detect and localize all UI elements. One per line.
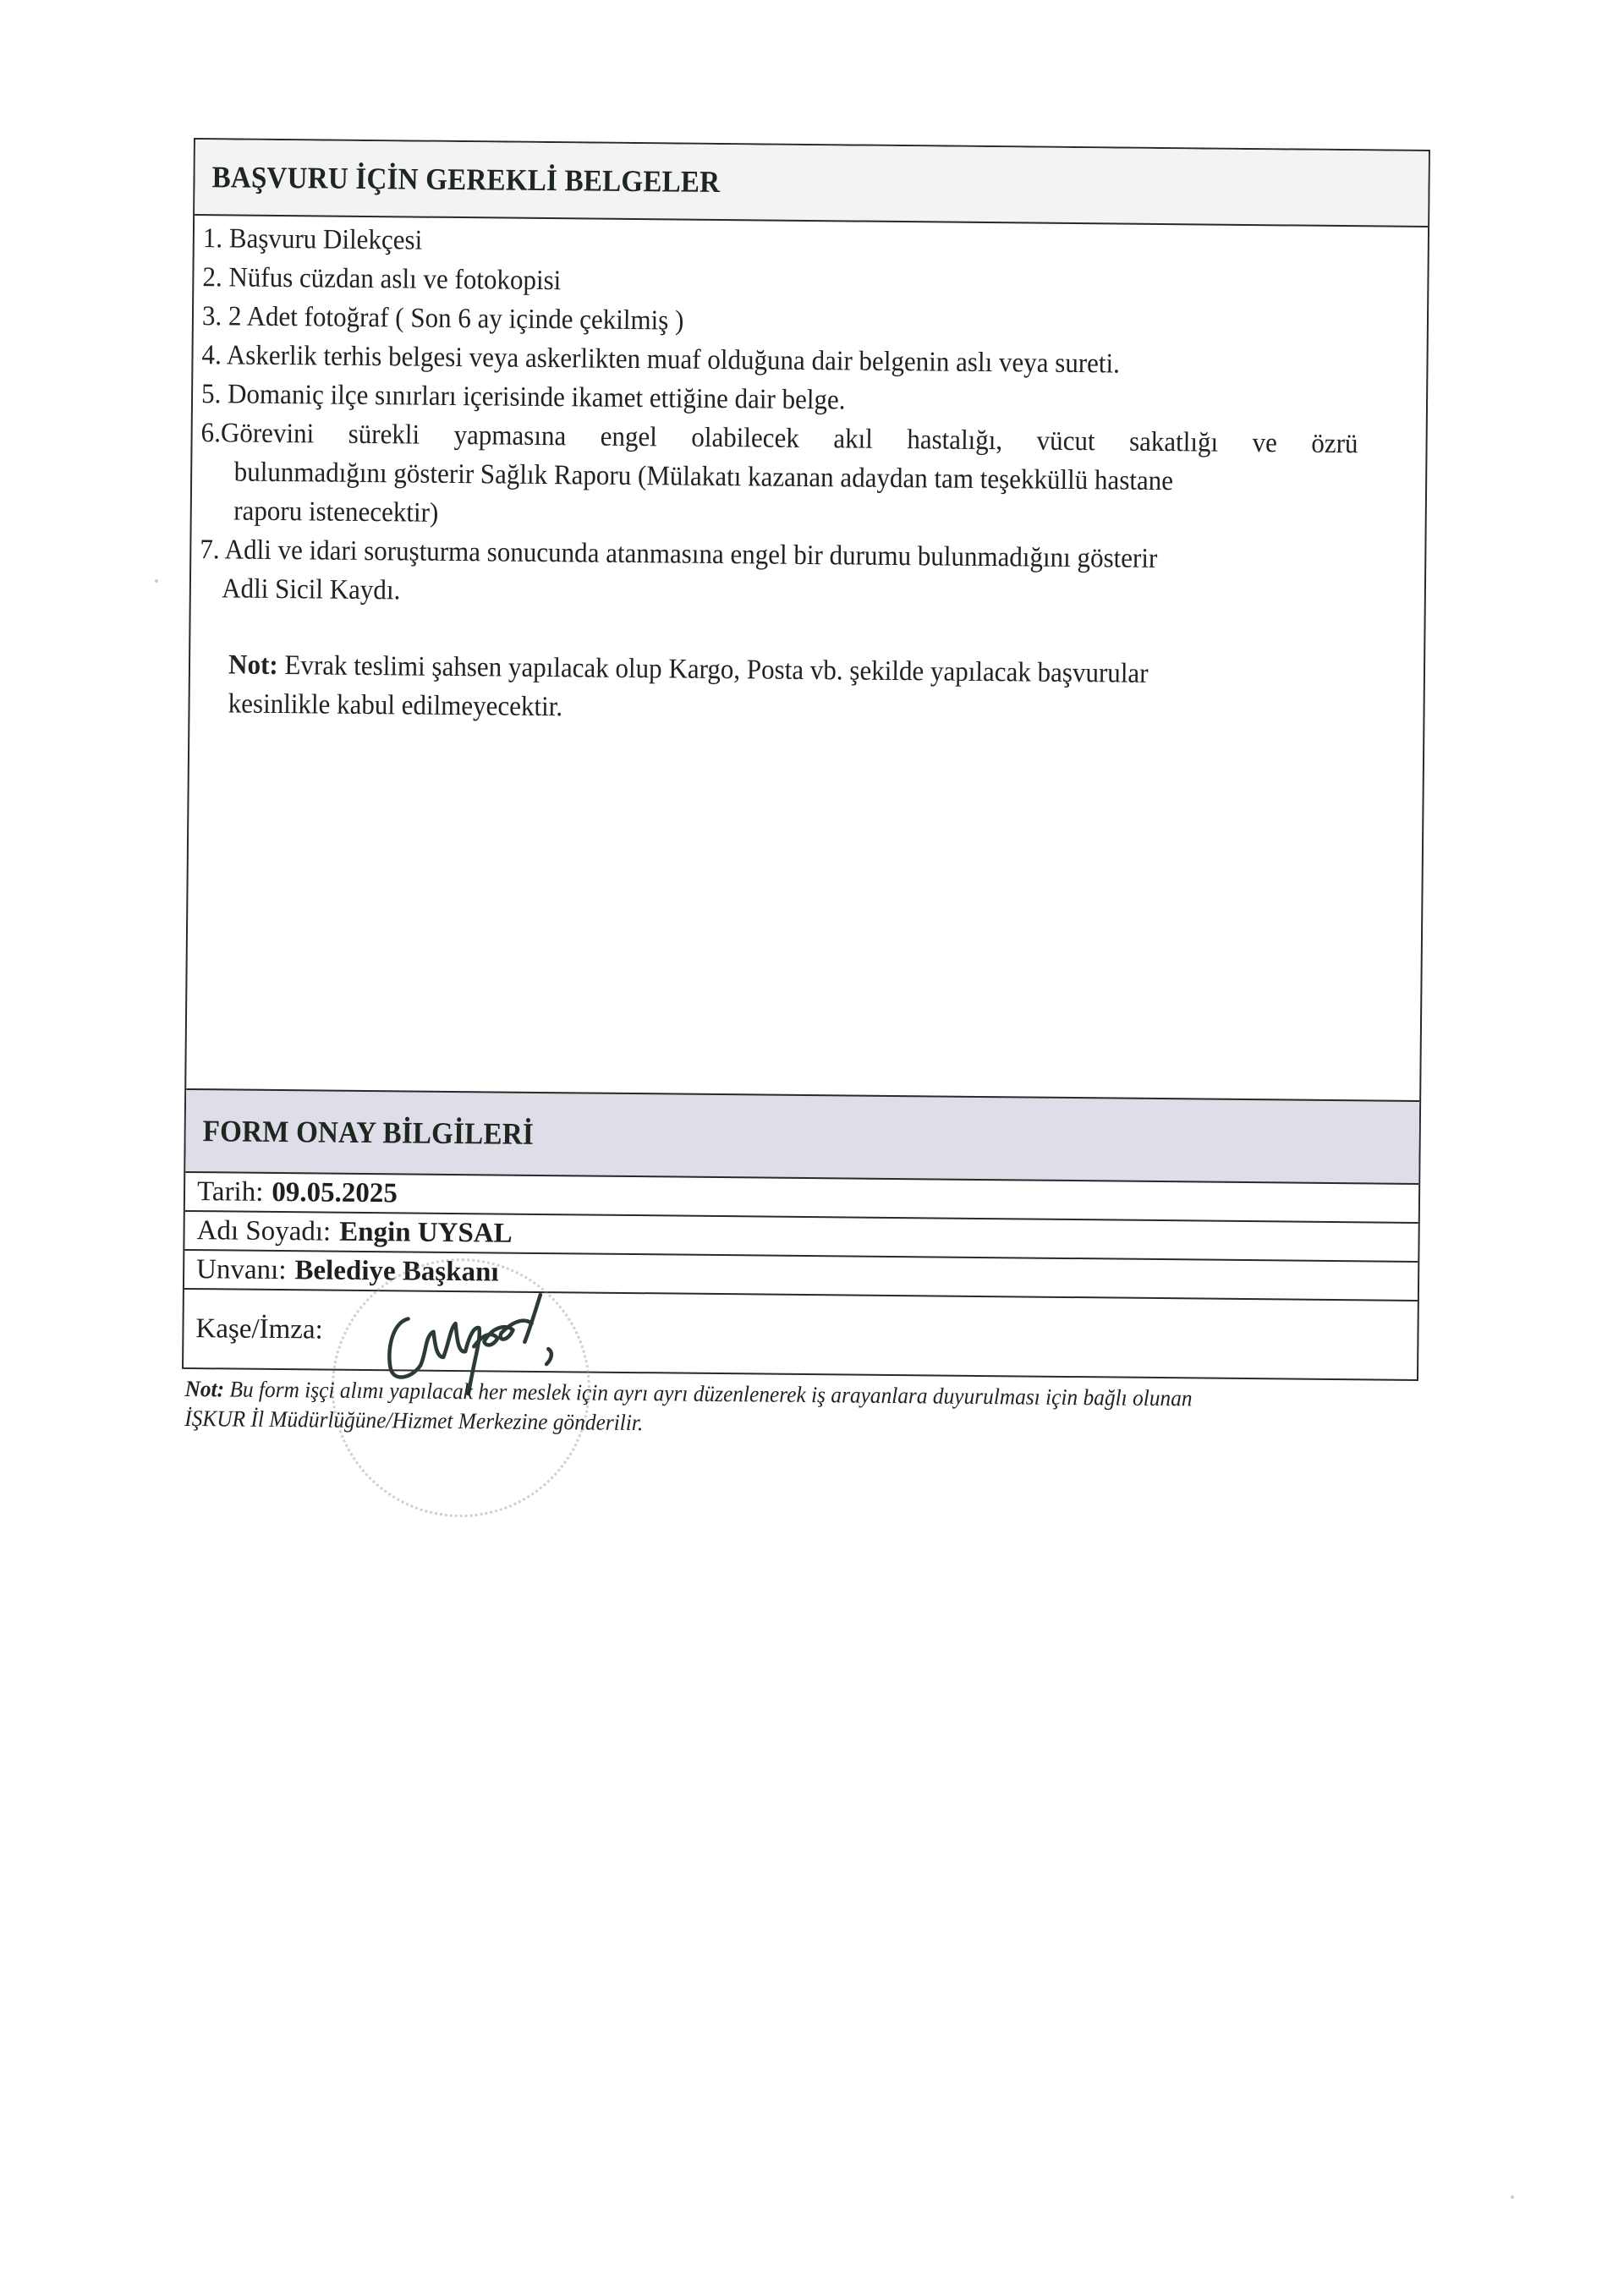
item-text: Görevini sürekli yapmasına engel olabile…: [221, 418, 1358, 459]
title-label: Unvanı:: [196, 1254, 287, 1286]
item-text: Adli ve idari soruşturma sonucunda atanm…: [224, 534, 1157, 574]
item-text: Başvuru Dilekçesi: [229, 223, 423, 255]
item-number: 2.: [202, 262, 222, 293]
footer-note: Not: Bu form işçi alımı yapılacak her me…: [181, 1374, 1417, 1445]
note-text-line-1: Evrak teslimi şahsen yapılacak olup Karg…: [284, 650, 1148, 689]
scan-speck: [1511, 2195, 1514, 2199]
required-documents-title: BAŞVURU İÇİN GEREKLİ BELGELER: [211, 159, 720, 200]
item-text: 2 Adet fotoğraf ( Son 6 ay içinde çekilm…: [228, 301, 684, 336]
item-number: 5.: [201, 379, 222, 409]
document-sheet: BAŞVURU İÇİN GEREKLİ BELGELER 1. Başvuru…: [181, 138, 1430, 1445]
item-text: Askerlik terhis belgesi veya askerlikten…: [227, 340, 1120, 379]
item-number: 7.: [200, 534, 220, 565]
footer-note-label: Not:: [184, 1376, 224, 1401]
item-text: Nüfus cüzdan aslı ve fotokopisi: [228, 262, 561, 296]
footer-note-line-2: İŞKUR İl Müdürlüğüne/Hizmet Merkezine gö…: [184, 1406, 643, 1435]
required-documents-table: BAŞVURU İÇİN GEREKLİ BELGELER 1. Başvuru…: [182, 138, 1430, 1381]
blank-area: [186, 723, 1423, 1100]
document-item-6: 6.Görevini sürekli yapmasına engel olabi…: [200, 414, 1358, 541]
required-documents-header: BAŞVURU İÇİN GEREKLİ BELGELER: [195, 140, 1429, 227]
date-value: 09.05.2025: [272, 1176, 398, 1208]
item-number: 4.: [201, 340, 222, 370]
item-number: 3.: [202, 301, 222, 332]
note-text-line-2: kesinlikle kabul edilmeyecektir.: [228, 688, 563, 722]
note-label: Not:: [228, 649, 278, 681]
form-approval-title: FORM ONAY BİLGİLERİ: [203, 1113, 535, 1152]
date-label: Tarih:: [197, 1176, 264, 1208]
item-number: 1.: [203, 223, 223, 254]
form-approval-header: FORM ONAY BİLGİLERİ: [185, 1088, 1419, 1185]
name-label: Adı Soyadı:: [196, 1215, 331, 1248]
signature-row: Kaşe/İmza:: [184, 1290, 1418, 1379]
signature-label: Kaşe/İmza:: [195, 1313, 323, 1345]
item-text: Domaniç ilçe sınırları içerisinde ikamet…: [228, 379, 846, 415]
document-item-7: 7. Adli ve idari soruşturma sonucunda at…: [200, 530, 1421, 620]
scan-speck: [155, 579, 158, 583]
footer-note-line-1: Bu form işçi alımı yapılacak her meslek …: [229, 1376, 1192, 1411]
submission-note: Not: Evrak teslimi şahsen yapılacak olup…: [189, 645, 1411, 735]
scanned-page: BAŞVURU İÇİN GEREKLİ BELGELER 1. Başvuru…: [0, 0, 1624, 2296]
title-value: Belediye Başkanı: [294, 1255, 498, 1288]
item-number: 6.: [200, 418, 221, 448]
name-value: Engin UYSAL: [339, 1216, 513, 1249]
required-documents-list: 1. Başvuru Dilekçesi 2. Nüfus cüzdan asl…: [191, 216, 1428, 620]
